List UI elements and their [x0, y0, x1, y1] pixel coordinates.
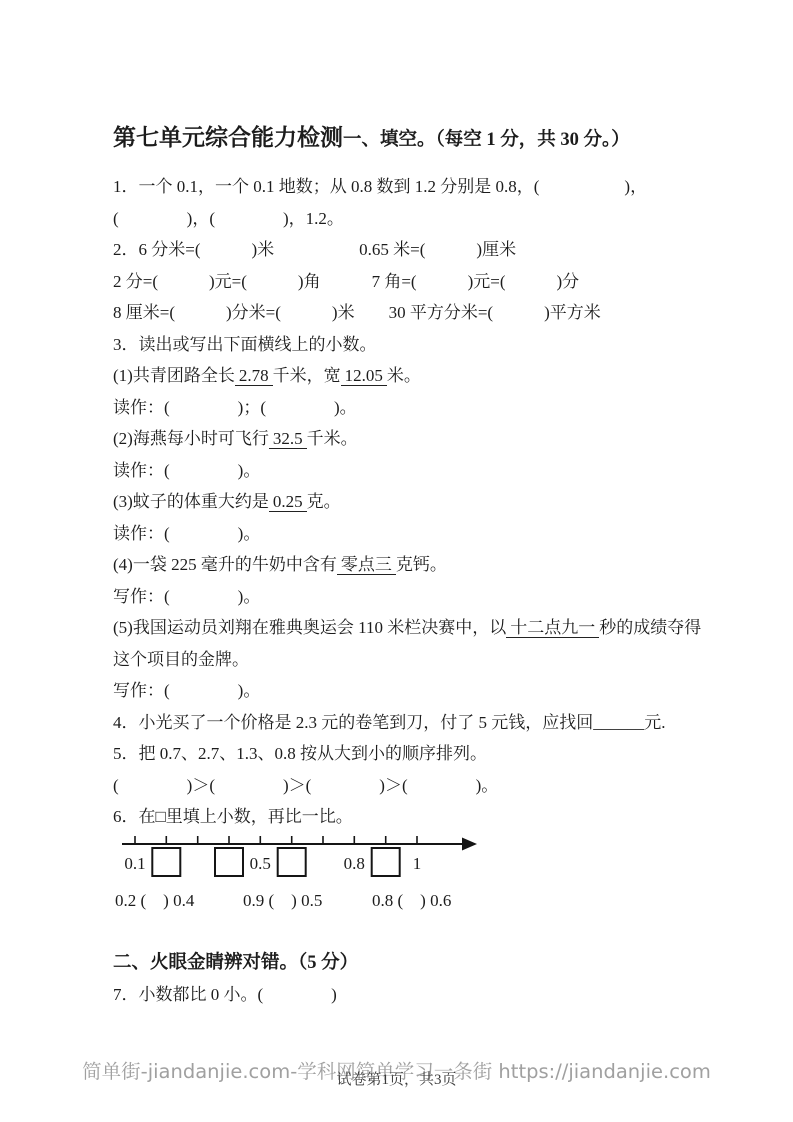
- unit-title: 第七单元综合能力检测: [113, 125, 343, 150]
- underlined-words: 十二点九一: [506, 618, 599, 638]
- answer-box: [372, 848, 400, 876]
- question-2-line-1: 2．6 分米=( )米 0.65 米=( )厘米: [113, 234, 713, 266]
- compare-pair: 0.9 ( ) 0.5: [243, 886, 322, 911]
- question-5-blanks: ( )＞( )＞( )＞( )。: [113, 770, 713, 802]
- number-line-figure: 0.1 0.5 0.8 1: [113, 833, 713, 886]
- question-3-sub5-line-2: 这个项目的金牌。: [113, 644, 713, 676]
- section-2-title: 二、火眼金睛辨对错。（5 分）: [113, 948, 713, 980]
- page-number-text: 试卷第1页，共3页: [0, 1068, 793, 1089]
- paper-content: 第七单元综合能力检测一、填空。（每空 1 分，共 30 分。） 1．一个 0.1…: [113, 121, 713, 1011]
- test-paper-page: 第七单元综合能力检测一、填空。（每空 1 分，共 30 分。） 1．一个 0.1…: [0, 0, 793, 1122]
- question-3-heading: 3．读出或写出下面横线上的小数。: [113, 329, 713, 361]
- tick-label: 0.5: [250, 854, 271, 873]
- answer-box: [278, 848, 306, 876]
- question-3-sub5-write: 写作：( )。: [113, 675, 713, 707]
- underlined-number: 2.78: [235, 366, 273, 386]
- question-4: 4．小光买了一个价格是 2.3 元的卷笔到刀，付了 5 元钱，应找回______…: [113, 707, 713, 739]
- question-3-sub4-write: 写作：( )。: [113, 581, 713, 613]
- question-3-sub5-line-1: (5)我国运动员刘翔在雅典奥运会 110 米栏决赛中，以十二点九一秒的成绩夺得: [113, 612, 713, 644]
- answer-box: [215, 848, 243, 876]
- question-1-line-2: ( )，( )，1.2。: [113, 203, 713, 235]
- question-3-sub2: (2)海燕每小时可飞行32.5千米。: [113, 423, 713, 455]
- question-2-line-3: 8 厘米=( )分米=( )米 30 平方分米=( )平方米: [113, 297, 713, 329]
- question-3-sub1-read: 读作：( )；( )。: [113, 392, 713, 424]
- underlined-number: 32.5: [269, 429, 307, 449]
- question-7: 7．小数都比 0 小。( ): [113, 979, 713, 1011]
- question-5-heading: 5．把 0.7、2.7、1.3、0.8 按从大到小的顺序排列。: [113, 738, 713, 770]
- number-line-svg: 0.1 0.5 0.8 1: [115, 833, 487, 885]
- question-3-sub3: (3)蚊子的体重大约是0.25克。: [113, 486, 713, 518]
- question-1-line-1: 1．一个 0.1，一个 0.1 地数；从 0.8 数到 1.2 分别是 0.8，…: [113, 171, 713, 203]
- page-title: 第七单元综合能力检测一、填空。（每空 1 分，共 30 分。）: [113, 121, 713, 158]
- arrow-head-icon: [462, 837, 477, 850]
- tick-label: 1: [413, 854, 422, 873]
- question-3-sub2-read: 读作：( )。: [113, 455, 713, 487]
- question-3-sub4: (4)一袋 225 毫升的牛奶中含有零点三克钙。: [113, 549, 713, 581]
- question-3-sub3-read: 读作：( )。: [113, 518, 713, 550]
- compare-pair: 0.8 ( ) 0.6: [372, 886, 451, 911]
- compare-pair: 0.2 ( ) 0.4: [115, 886, 194, 911]
- section-1-title: 一、填空。（每空 1 分，共 30 分。）: [343, 130, 630, 150]
- question-6-heading: 6．在□里填上小数，再比一比。: [113, 801, 713, 833]
- tick-label: 0.8: [344, 854, 365, 873]
- underlined-number: 0.25: [269, 492, 307, 512]
- question-2-line-2: 2 分=( )元=( )角 7 角=( )元=( )分: [113, 266, 713, 298]
- underlined-words: 零点三: [337, 555, 396, 575]
- tick-label: 0.1: [124, 854, 145, 873]
- compare-row: 0.2 ( ) 0.4 0.9 ( ) 0.5 0.8 ( ) 0.6: [113, 886, 713, 917]
- underlined-number: 12.05: [341, 366, 387, 386]
- answer-box: [152, 848, 180, 876]
- question-3-sub1: (1)共青团路全长2.78千米，宽12.05米。: [113, 360, 713, 392]
